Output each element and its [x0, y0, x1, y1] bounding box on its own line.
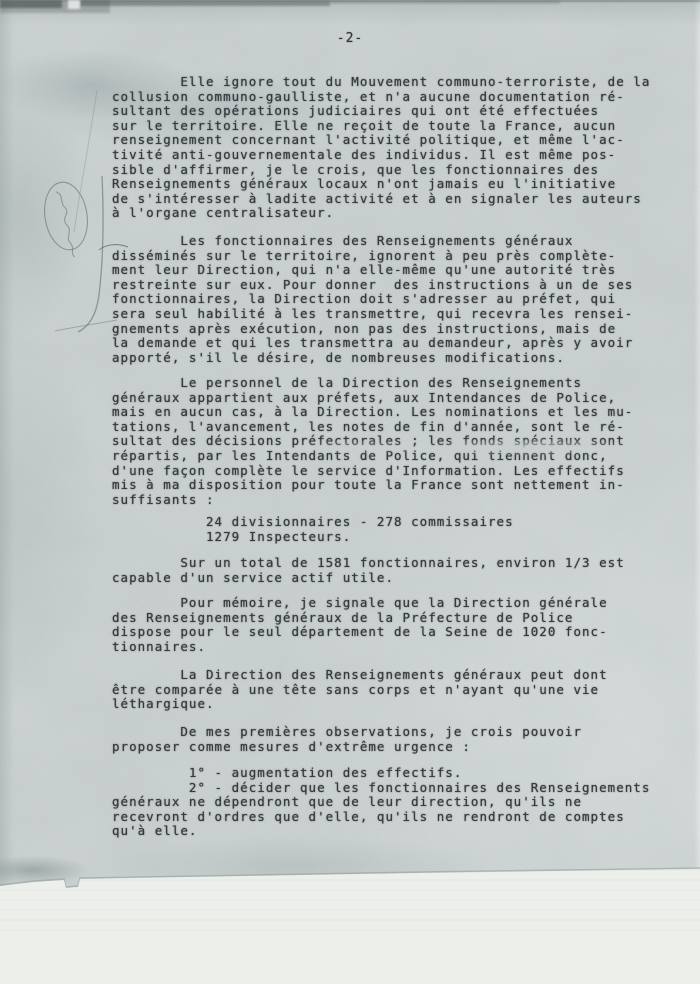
paragraph-urgent-measures: De mes premières observations, je crois …	[112, 725, 582, 754]
scanner-background	[0, 869, 700, 939]
paragraph-lethargic-head: La Direction des Renseignements généraux…	[112, 668, 608, 712]
margin-line-annotation	[78, 176, 103, 332]
circled-scribble-annotation	[40, 179, 92, 258]
staffing-figures-list: 24 divisionnaires - 278 commissaires 127…	[112, 515, 514, 544]
page-number: -2-	[0, 31, 700, 46]
margin-line-tail	[55, 320, 117, 331]
document-scan: -2- Elle ignore tout du Mouvement commun…	[0, 0, 700, 984]
paper-sheet: -2- Elle ignore tout du Mouvement commun…	[0, 0, 700, 900]
paragraph-personnel: Le personnel de la Direction des Renseig…	[112, 376, 633, 507]
paragraph-field-officials: Les fonctionnaires des Renseignements gé…	[112, 234, 633, 365]
measures-list: 1° - augmentation des effectifs. 2° - dé…	[112, 766, 650, 839]
paragraph-intelligence-gap: Elle ignore tout du Mouvement communo-te…	[112, 75, 650, 221]
faint-crease-line	[74, 90, 97, 232]
paragraph-total-staff: Sur un total de 1581 fonctionnaires, env…	[112, 556, 625, 585]
paragraph-prefecture-note: Pour mémoire, je signale que la Directio…	[112, 596, 608, 654]
